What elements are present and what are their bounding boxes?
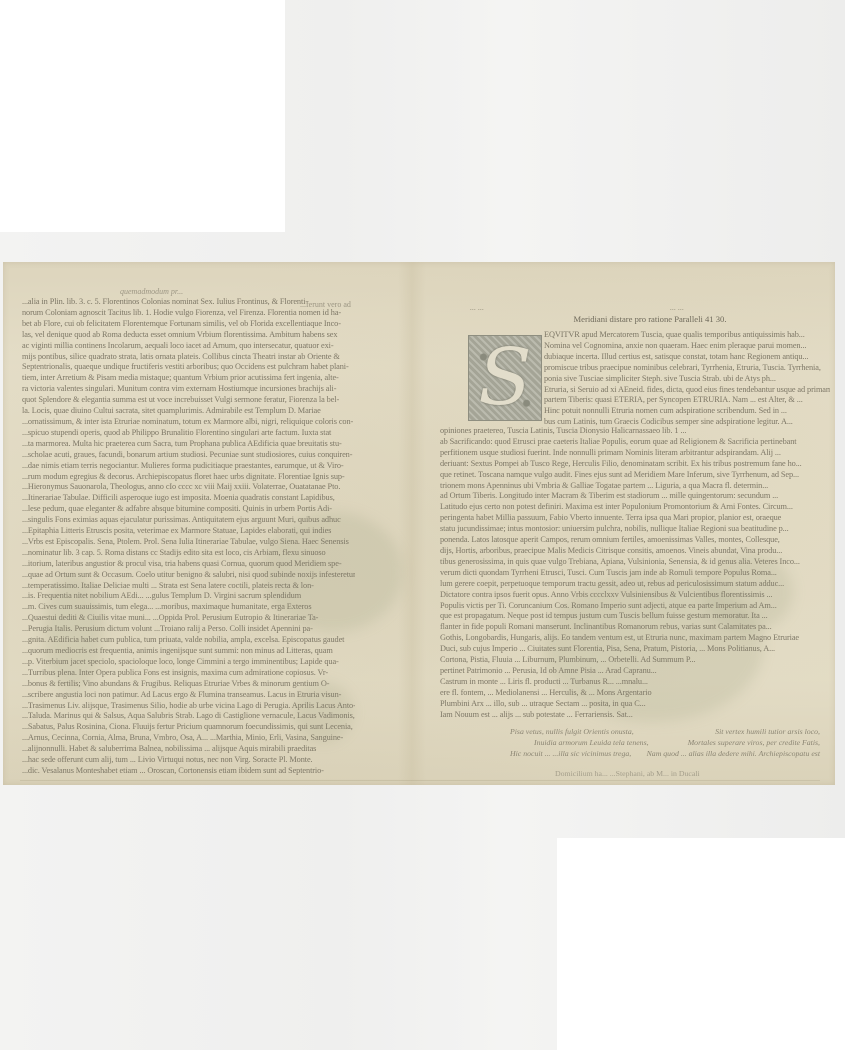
text-line: ...temperatissimo. Italiae Deliciae mult… — [22, 581, 355, 592]
text-line: Septentrionalis, quaeque undique fructif… — [22, 362, 355, 373]
text-line: quot Splendore & elegantia summa est ut … — [22, 395, 355, 406]
text-line: ...Trasimenus Liv. alijsque, Trasimenus … — [22, 701, 355, 712]
text-line: Hinc potuit nonnulli Etruria nomen cum a… — [544, 406, 830, 417]
text-line: ...scholae acuti, graues, facundi, bonar… — [22, 450, 355, 461]
text-line: ...alijnonnulli. Habet & saluberrima Bal… — [22, 744, 355, 755]
verse-row: Inuidia armorum Leuida tela tenens,Morta… — [510, 737, 820, 748]
text-line: la. Locis, quae diuino Cultui sacrata, s… — [22, 406, 355, 417]
text-line: ...Vrbs est Episcopalis. Sena, Ptolem. P… — [22, 537, 355, 548]
text-line: mijs pontibus, silice quadrato strata, l… — [22, 352, 355, 363]
text-line: Cortona, Pistia, Fluuia ... Liburnum, Pl… — [440, 655, 830, 666]
text-line: Duci, sub cujus Imperio ... Ciuitates su… — [440, 644, 830, 655]
right-text-column: EQVITVR apud Mercatorem Tuscia, quae qua… — [544, 330, 830, 428]
text-line: Castrum in monte ... Liris fl. producti … — [440, 677, 830, 688]
text-line: promiscue tribus praecipue nominibus cel… — [544, 363, 830, 374]
text-line: ...Perugia Italis. Perusium dictum volun… — [22, 624, 355, 635]
text-line: ...singulis Fons eximias aquas ejaculatu… — [22, 515, 355, 526]
text-line: opiniones praetereo, Tuscia Latinis, Tus… — [440, 426, 830, 437]
text-line: ...dae nimis etiam terris negociantur. M… — [22, 461, 355, 472]
text-line: ponenda. Latos latosque aperit Campos, r… — [440, 535, 830, 546]
text-line: bet ab Flore, cui ob felicitatem Florent… — [22, 319, 355, 330]
text-line: deriuant: Sextus Pompei ab Tusco Rege, H… — [440, 459, 830, 470]
text-line: ...ta marmorea. Multa hic praeterea cum … — [22, 439, 355, 450]
text-line: perfitionem usque studiosi fuerint. Inde… — [440, 448, 830, 459]
verse-row: Hic nocuit ... ...illa sic vicinimus tre… — [510, 748, 820, 759]
text-line: EQVITVR apud Mercatorem Tuscia, quae qua… — [544, 330, 830, 341]
right-page-title: Meridiani distare pro ratione Paralleli … — [500, 314, 800, 324]
text-line: ...ornatissimum, & inter ista Etruriae n… — [22, 417, 355, 428]
text-line: ...Arnus, Cecinna, Cornia, Alma, Bruna, … — [22, 733, 355, 744]
text-line: ...quae ad Ortum sunt & Occasum. Coelo u… — [22, 570, 355, 581]
text-line: ...Itinerariae Tabulae. Difficili aspero… — [22, 493, 355, 504]
white-mask-bottom-right — [557, 838, 845, 1050]
text-line: ...spicuo stupendi operis, quod ab Phili… — [22, 428, 355, 439]
text-line: ...scribere angustia loci non patimur. A… — [22, 690, 355, 701]
verse-line: Sit vertex humili tutior arsis loco, — [715, 726, 820, 737]
text-line: ...bonus & fertilis; Vino abundans & Fru… — [22, 679, 355, 690]
verse-line: Pisa vetus, nullis fulgit Orientis onust… — [510, 726, 634, 737]
text-line: peringenta habet Millia passuum, Fabio V… — [440, 513, 830, 524]
text-line: ...nominatur lib. 3 cap. 5. Roma distans… — [22, 548, 355, 559]
text-line: ...p. Viterbium jacet speciolo, spaciolo… — [22, 657, 355, 668]
verse-block: Pisa vetus, nullis fulgit Orientis onust… — [510, 726, 820, 759]
text-line: las, vel denique quod ab Roma deducta es… — [22, 330, 355, 341]
text-line: ab Sacrificando: quod Etrusci prae caete… — [440, 437, 830, 448]
text-line: ac viginti millia continens Incolarum, a… — [22, 341, 355, 352]
text-line: ...dic. Vesalanus Monteshabet etiam ... … — [22, 766, 355, 777]
text-line: ...hac sede offerunt cum alij, tum ... L… — [22, 755, 355, 766]
text-line: ...Turribus plena. Inter Opera publica F… — [22, 668, 355, 679]
text-line: Latitudo ejus certo non potest definiri.… — [440, 502, 830, 513]
text-line: que retinet. Toscana namque vulgo audit.… — [440, 470, 830, 481]
text-line: Nomina vel Cognomina, anxie non quaeram.… — [544, 341, 830, 352]
text-line: ponia sive Tusciae simpliciter Steph. si… — [544, 374, 830, 385]
text-line: ...Hieronymus Sauonarola, Theologus, ann… — [22, 482, 355, 493]
verse-line: Hic nocuit ... ...illa sic vicinimus tre… — [510, 748, 631, 759]
bottom-rule — [20, 780, 820, 781]
text-line: Etruria, si Seruio ad xi AEneid. fides, … — [544, 385, 830, 396]
text-line: Gothis, Longobardis, Hungaris, alijs. Eo… — [440, 633, 830, 644]
text-line: que est propagatum. Neque post id tempus… — [440, 611, 830, 622]
text-line: statu jucundissimae; intus montosior: un… — [440, 524, 830, 535]
text-line: ...rum modum egregius & decorus. Archiep… — [22, 472, 355, 483]
text-line: ...alia in Plin. lib. 3. c. 5. Florentin… — [22, 297, 355, 308]
text-line: Plumbini Arx ... illo, sub ... utraque S… — [440, 699, 830, 710]
text-line: Populis victis per Ti. Coruncanium Cos. … — [440, 601, 830, 612]
initial-letter: S — [478, 338, 531, 418]
text-line: dijs, Hortis, arboribus, praecipue Malis… — [440, 546, 830, 557]
text-line: ...Epitaphia Litteris Etruscis posita, v… — [22, 526, 355, 537]
right-text-column-lower: opiniones praetereo, Tuscia Latinis, Tus… — [440, 426, 830, 720]
text-line: Iam Nouum est ... alijs ... sub potestat… — [440, 710, 830, 721]
text-line: lum gerere coepit, perpetuoque temporum … — [440, 579, 830, 590]
text-line: ...Quaestui dediti & Ciuilis vitae muni.… — [22, 613, 355, 624]
tail-line: Domicilium ha... ...Stephani, ab M... in… — [555, 769, 815, 778]
text-line: tibus generosissima, in quis quae vulgo … — [440, 557, 830, 568]
text-line: ...Taluda. Marinus qui & Salsus, Aqua Sa… — [22, 711, 355, 722]
left-text-column: ...alia in Plin. lib. 3. c. 5. Florentin… — [22, 297, 355, 777]
text-line: ad Ortum Tiberis. Longitudo inter Macram… — [440, 491, 830, 502]
text-line: norum Coloniam agnoscit Tacitus lib. 1. … — [22, 308, 355, 319]
text-line: ...quorum mediocris est frequentia, anim… — [22, 646, 355, 657]
verse-line: Inuidia armorum Leuida tela tenens, — [510, 737, 649, 748]
verse-line: Mortales superare viros, per credite Fat… — [688, 737, 820, 748]
text-line: ...Sabatus, Palus Rosinina, Ciona. Fluui… — [22, 722, 355, 733]
verse-line: Nam quod ... alias illa dedere mihi. Arc… — [647, 748, 820, 759]
text-line: partem Tiberis: quasi ETERIA, per Syncop… — [544, 395, 830, 406]
text-line: ra victoria valentes singulari. Munitum … — [22, 384, 355, 395]
left-running-head: quemadmodum pr... — [120, 287, 183, 296]
text-line: tiem, inter Arretium & Pisam media mista… — [22, 373, 355, 384]
verse-row: Pisa vetus, nullis fulgit Orientis onust… — [510, 726, 820, 737]
text-line: ...itorium, lateribus angustior & procul… — [22, 559, 355, 570]
text-line: ...gnita. AEdificia habet cum publica, t… — [22, 635, 355, 646]
text-line: pertinet Patrimonio ... Perusia, Id ob A… — [440, 666, 830, 677]
text-line: dubiaque incerta. Illud certius est, sat… — [544, 352, 830, 363]
text-line: flanter in fide populi Romani manserunt.… — [440, 622, 830, 633]
text-line: ere fl. fontem, ... Mediolanensi ... Her… — [440, 688, 830, 699]
center-fold-gutter — [398, 262, 426, 785]
right-running-head-left: ... ... — [470, 303, 484, 312]
text-line: verum dicti quondam Tyrrheni Etrusci, Tu… — [440, 568, 830, 579]
right-running-head-right: ... ... — [670, 303, 684, 312]
text-line: ...m. Cives cum suauissimis, tum elega..… — [22, 602, 355, 613]
text-line: ...lese pedum, quae eleganter & adfabre … — [22, 504, 355, 515]
decorated-initial: S — [468, 335, 542, 421]
text-line: Dictatore contra ipsos fuerit opus. Anno… — [440, 590, 830, 601]
text-line: ...is. Frequentia nitet nobilium AEdi...… — [22, 591, 355, 602]
text-line: trionem mons Apenninus ubi Vmbria & Gall… — [440, 481, 830, 492]
white-mask-top-left — [0, 0, 285, 232]
